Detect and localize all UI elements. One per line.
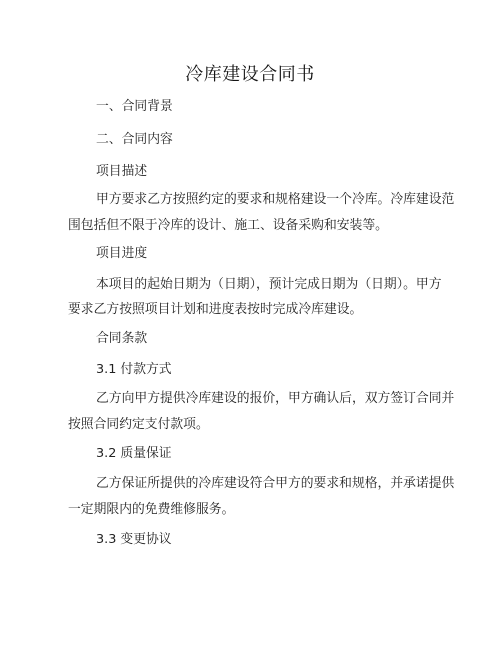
paragraph-quality-line-1: 乙方保证所提供的冷库建设符合甲方的要求和规格，并承诺提供 <box>96 475 454 493</box>
document-title: 冷库建设合同书 <box>0 63 500 87</box>
subheading-project-schedule: 项目进度 <box>96 245 147 263</box>
subheading-contract-terms: 合同条款 <box>96 330 147 348</box>
section-heading-content: 二、合同内容 <box>96 131 173 149</box>
paragraph-quality-line-2: 一定期限内的免费维修服务。 <box>68 501 234 519</box>
clause-heading-quality: 3.2 质量保证 <box>96 445 172 463</box>
clause-heading-payment: 3.1 付款方式 <box>96 361 172 379</box>
paragraph-payment-line-2: 按照合同约定支付款项。 <box>68 416 209 434</box>
clause-heading-change-agreement: 3.3 变更协议 <box>96 531 172 549</box>
paragraph-project-description-line-2: 围包括但不限于冷库的设计、施工、设备采购和安装等。 <box>68 217 388 235</box>
section-heading-background: 一、合同背景 <box>96 98 173 116</box>
subheading-project-description: 项目描述 <box>96 163 147 181</box>
paragraph-project-schedule-line-2: 要求乙方按照项目计划和进度表按时完成冷库建设。 <box>68 301 362 319</box>
paragraph-payment-line-1: 乙方向甲方提供冷库建设的报价，甲方确认后，双方签订合同并 <box>96 390 454 408</box>
paragraph-project-schedule-line-1: 本项目的起始日期为（日期），预计完成日期为（日期）。甲方 <box>96 276 442 294</box>
document-page: 冷库建设合同书 一、合同背景 二、合同内容 项目描述 甲方要求乙方按照约定的要求… <box>0 0 500 647</box>
paragraph-project-description-line-1: 甲方要求乙方按照约定的要求和规格建设一个冷库。冷库建设范 <box>96 191 454 209</box>
